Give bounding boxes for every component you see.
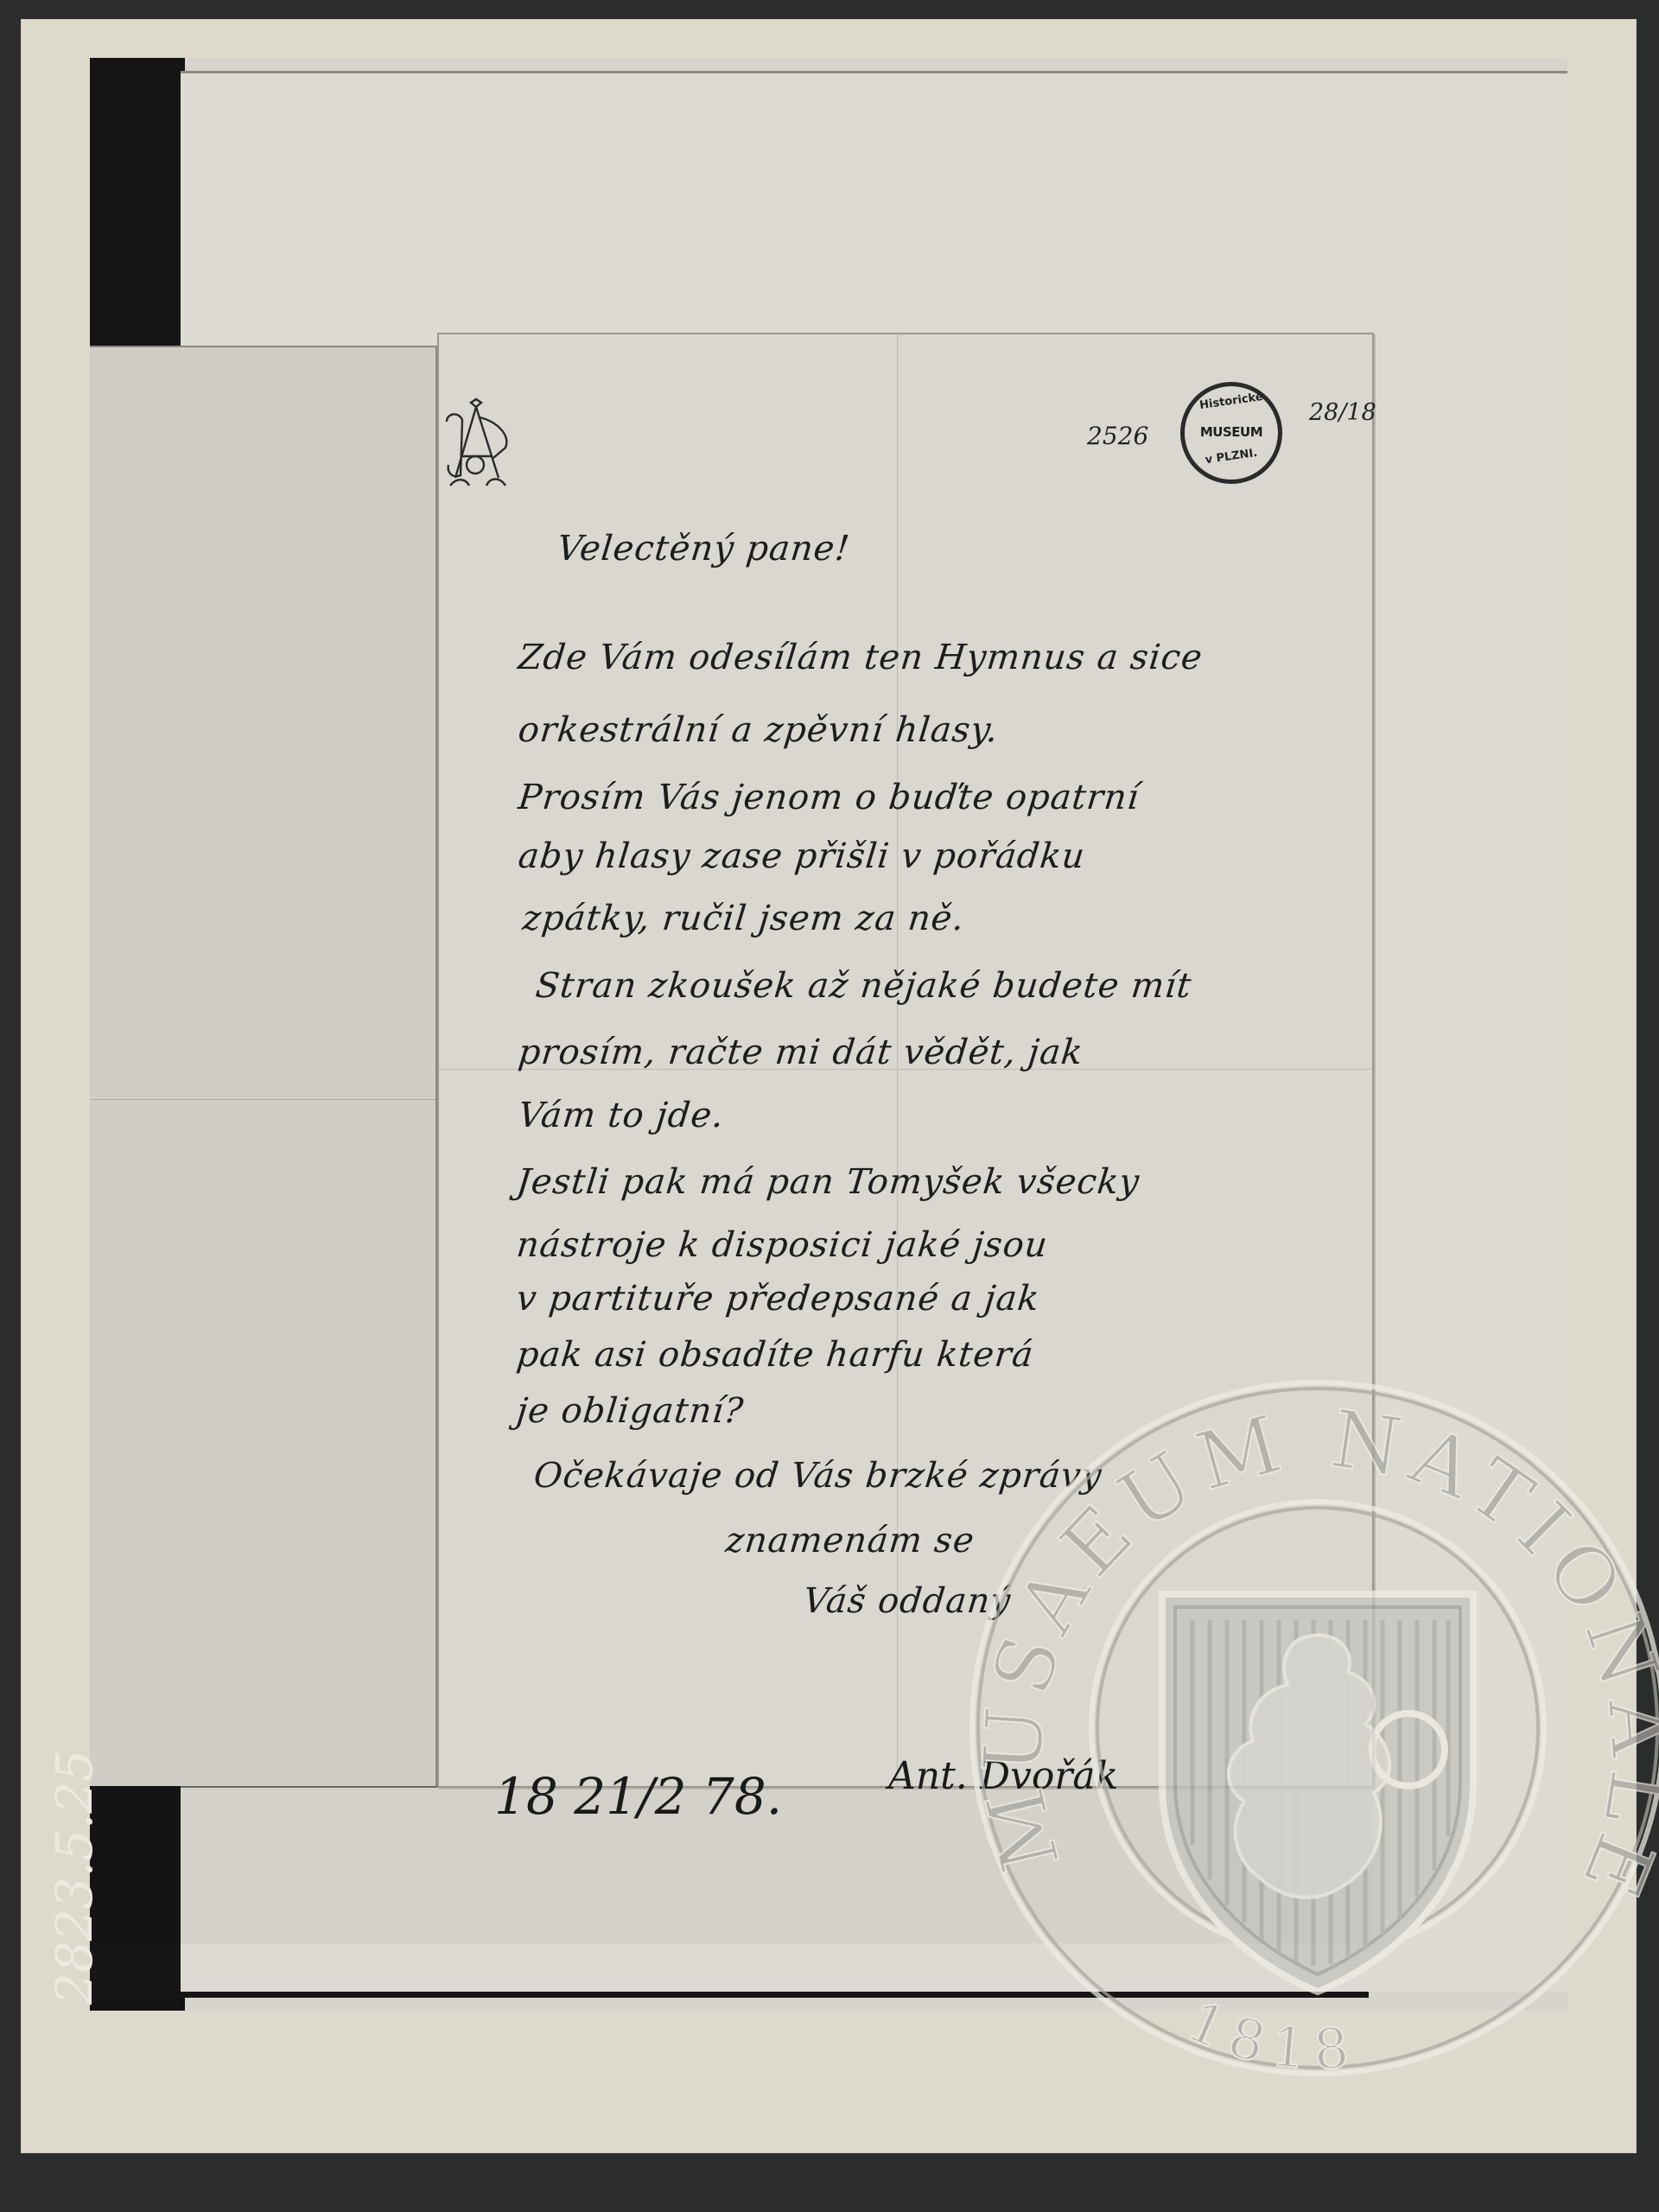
letter-line: Jestli pak má pan Tomyšek všecky: [515, 1162, 1142, 1202]
folio-number: 28/18: [1309, 399, 1376, 426]
catalog-number: 2526: [1087, 422, 1148, 450]
letter-line: v partituře předepsané a jak: [515, 1279, 1042, 1319]
letter-line: Stran zkoušek až nějaké budete mít: [534, 966, 1194, 1006]
salutation: Velectěný pane!: [556, 529, 852, 569]
letter-line: prosím, račte mi dát vědět, jak: [517, 1033, 1085, 1072]
letter-line: Zde Vám odesílám ten Hymnus a sice: [517, 638, 1205, 677]
stamp-middle-text: MUSEUM: [1185, 424, 1278, 440]
closing-line: znamenám se: [724, 1521, 977, 1560]
stamp-bottom-text: v PLZNI.: [1184, 444, 1278, 470]
letter-line: Očekávaje od Vás brzké zprávy: [532, 1456, 1104, 1496]
letter-line: pak asi obsadíte harfu která: [515, 1335, 1036, 1375]
background-gap: [90, 58, 185, 347]
archive-mark: 2823.5.25: [45, 1750, 104, 2005]
letter-line: zpátky, ručil jsem za ně.: [521, 899, 967, 938]
museum-stamp: Historické MUSEUM v PLZNI.: [1180, 382, 1282, 484]
letter-line: Prosím Vás jenom o buďte opatrní: [517, 778, 1141, 817]
letter-date: 18 21/2 78.: [494, 1767, 782, 1826]
signature: Ant. Dvořák: [888, 1754, 1118, 1798]
photo-print: [21, 19, 1637, 2153]
letter-line: aby hlasy zase přišli v pořádku: [517, 836, 1088, 876]
letter-line: nástroje k disposici jaké jsou: [515, 1225, 1050, 1265]
monogram-icon: [436, 396, 514, 499]
fold-crease: [90, 1099, 435, 1100]
folded-left-page: [90, 346, 437, 1786]
letter-line: Vám to jde.: [517, 1096, 727, 1135]
letter-line: orkestrální a zpěvní hlasy.: [517, 710, 1001, 750]
letter-line: je obligatní?: [515, 1391, 746, 1431]
closing-line: Váš oddaný: [802, 1581, 1014, 1621]
